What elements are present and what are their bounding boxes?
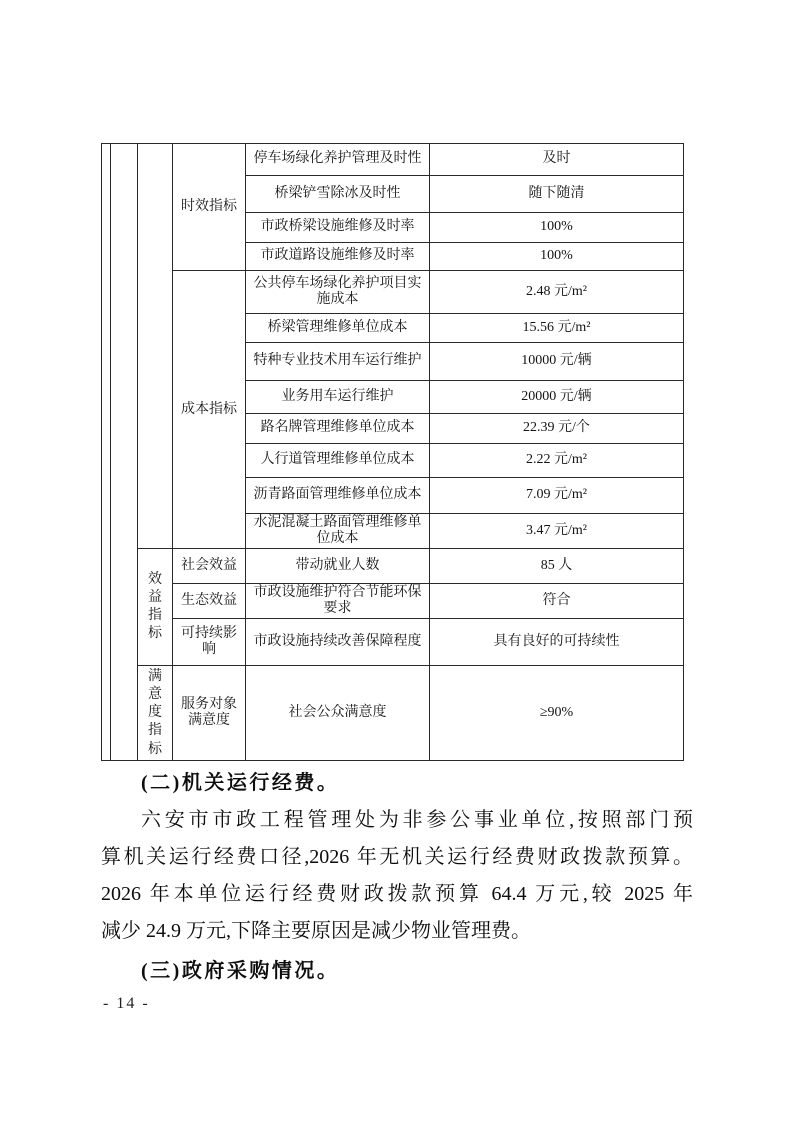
body-text: (二)机关运行经费。 六安市市政工程管理处为非参公事业单位,按照部门预 算机关运… [101,757,693,990]
tier3-eco-cell: 生态效益 [173,584,246,619]
indicator-name-cell: 社会公众满意度 [246,666,430,761]
indicator-name-cell: 路名牌管理维修单位成本 [246,414,430,444]
indicator-name-cell: 市政设施持续改善保障程度 [246,619,430,666]
indicator-value-cell: 15.56 元/m² [430,314,684,343]
indicator-value-cell: 20000 元/辆 [430,381,684,414]
paragraph-line: 2026 年本单位运行经费财政拨款预算 64.4 万元,较 2025 年 [101,876,693,913]
indicator-value-cell: 85 人 [430,549,684,584]
table-spacer-col3-cell [138,144,173,549]
indicator-value-cell: 22.39 元/个 [430,414,684,444]
indicator-value-cell: 及时 [430,144,684,176]
indicator-name-cell: 桥梁铲雪除冰及时性 [246,176,430,213]
indicator-name-cell: 沥青路面管理维修单位成本 [246,478,430,514]
indicator-name-cell: 桥梁管理维修单位成本 [246,314,430,343]
tier2-benefit-label: 效益指标 [148,571,162,644]
tier3-social-cell: 社会效益 [173,549,246,584]
tier3-cost-cell: 成本指标 [173,271,246,549]
tier2-satisfaction-cell: 满意度指标 [138,666,173,761]
indicator-value-cell: 具有良好的可持续性 [430,619,684,666]
indicator-value-cell: 2.48 元/m² [430,271,684,314]
paragraph-operating-funds: 六安市市政工程管理处为非参公事业单位,按照部门预 算机关运行经费口径,2026 … [101,802,693,950]
section-heading-government-procurement: (三)政府采购情况。 [101,953,693,990]
section-heading-agency-operating-funds: (二)机关运行经费。 [101,765,693,802]
tier2-satisfaction-label: 满意度指标 [148,668,162,759]
indicator-name-cell: 带动就业人数 [246,549,430,584]
performance-indicator-table: 时效指标 停车场绿化养护管理及时性 及时 桥梁铲雪除冰及时性 随下随清 市政桥梁… [101,143,684,761]
tier3-sustain-cell: 可持续影响 [173,619,246,666]
indicator-name-cell: 业务用车运行维护 [246,381,430,414]
table-spacer-col1-cell [102,144,111,761]
tier2-benefit-cell: 效益指标 [138,549,173,666]
indicator-name-cell: 水泥混凝土路面管理维修单位成本 [246,514,430,549]
tier3-timeliness-cell: 时效指标 [173,144,246,271]
indicator-name-cell: 市政道路设施维修及时率 [246,243,430,271]
document-page: 时效指标 停车场绿化养护管理及时性 及时 桥梁铲雪除冰及时性 随下随清 市政桥梁… [0,0,793,1122]
indicator-value-cell: 10000 元/辆 [430,343,684,381]
paragraph-line: 六安市市政工程管理处为非参公事业单位,按照部门预 [101,802,693,839]
indicator-name-cell: 停车场绿化养护管理及时性 [246,144,430,176]
indicator-value-cell: ≥90% [430,666,684,761]
indicator-name-cell: 市政桥梁设施维修及时率 [246,213,430,243]
indicator-value-cell: 100% [430,243,684,271]
indicator-value-cell: 符合 [430,584,684,619]
indicator-value-cell: 随下随清 [430,176,684,213]
indicator-value-cell: 100% [430,213,684,243]
indicator-value-cell: 3.47 元/m² [430,514,684,549]
paragraph-line: 减少 24.9 万元,下降主要原因是减少物业管理费。 [101,913,693,950]
indicator-value-cell: 7.09 元/m² [430,478,684,514]
indicator-value-cell: 2.22 元/m² [430,444,684,478]
indicator-name-cell: 公共停车场绿化养护项目实施成本 [246,271,430,314]
indicator-name-cell: 人行道管理维修单位成本 [246,444,430,478]
paragraph-line: 算机关运行经费口径,2026 年无机关运行经费财政拨款预算。 [101,839,693,876]
indicator-name-cell: 市政设施维护符合节能环保要求 [246,584,430,619]
page-number: - 14 - [103,995,150,1013]
tier3-service-cell: 服务对象满意度 [173,666,246,761]
table-spacer-col2-cell [111,144,138,761]
indicator-name-cell: 特种专业技术用车运行维护 [246,343,430,381]
